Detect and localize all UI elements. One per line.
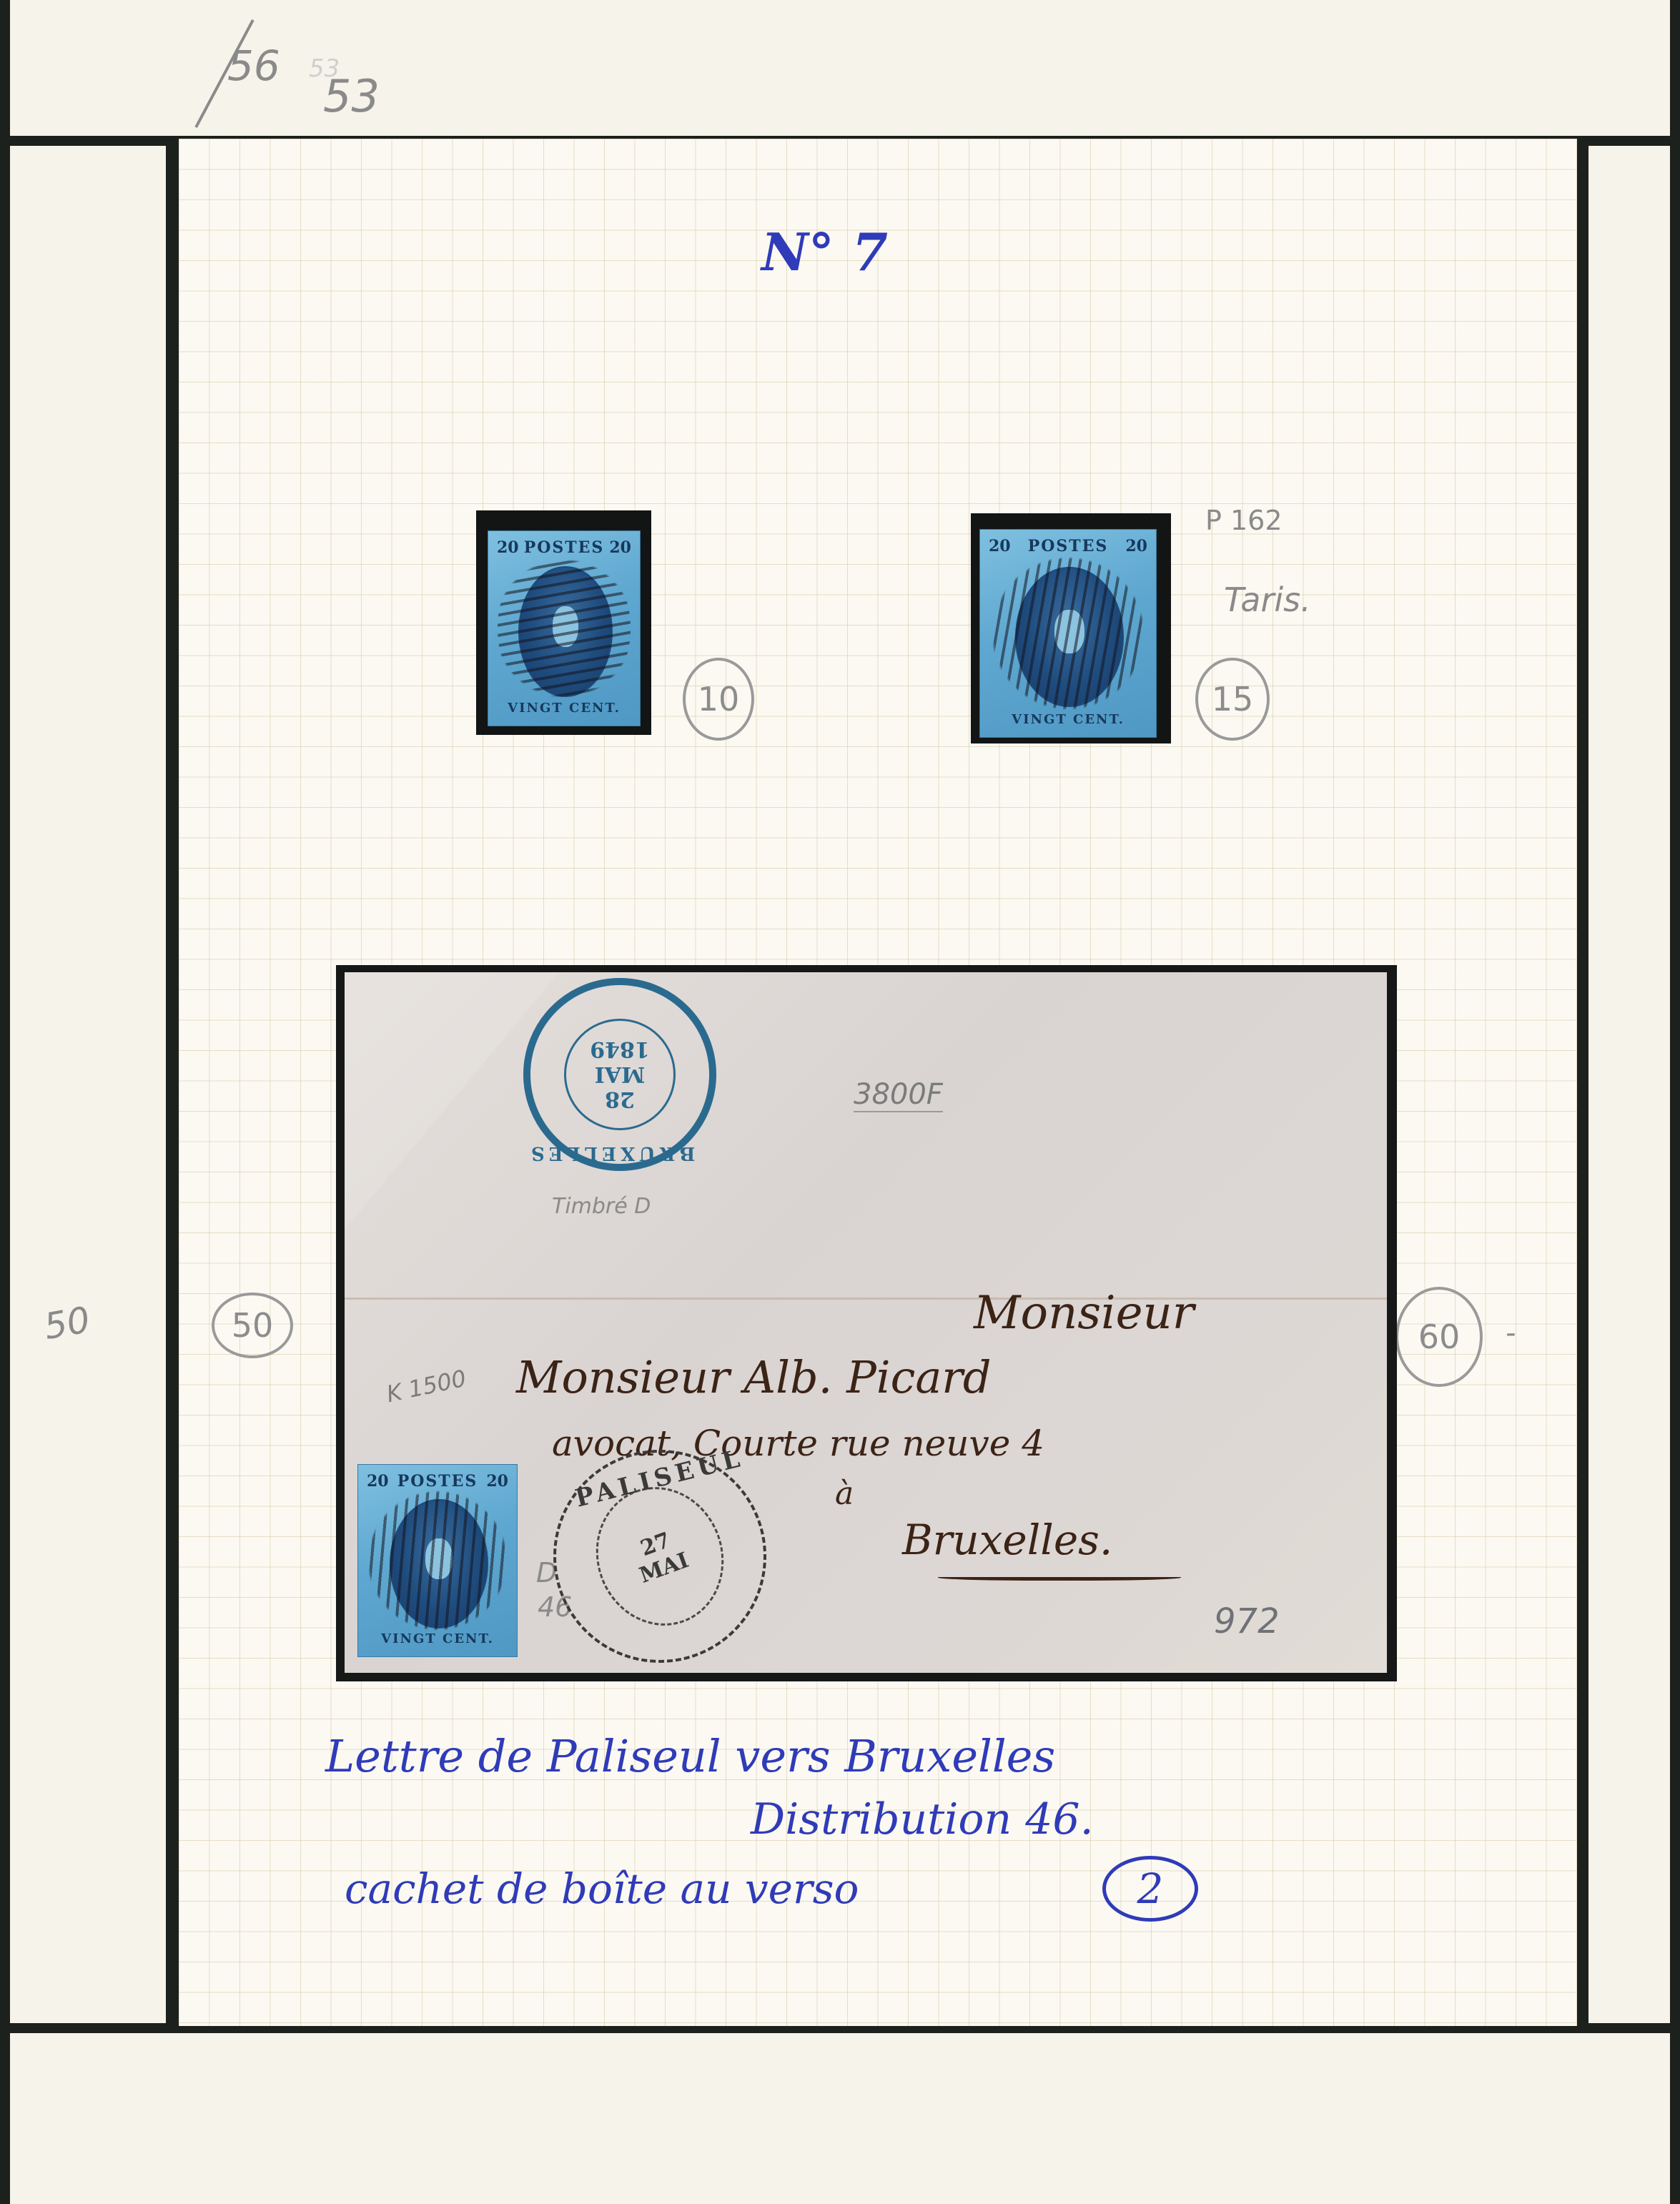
price-circled-cover-right: 60 bbox=[1395, 1287, 1483, 1387]
backstamp-outer-text: BRUXELLES bbox=[527, 1142, 695, 1164]
cover-stamp[interactable]: 2020 POSTES VINGT CENT. bbox=[357, 1464, 518, 1657]
frame-left bbox=[0, 0, 10, 2204]
caption-circled-number: 2 bbox=[1102, 1856, 1198, 1922]
backstamp-day: 28 bbox=[605, 1087, 635, 1112]
address-line-2: Monsieur Alb. Picard bbox=[516, 1351, 992, 1403]
dash-mark: - bbox=[1506, 1317, 1516, 1350]
cover-k-note: K 1500 bbox=[384, 1365, 468, 1408]
margin-note-crossed: 56 bbox=[227, 41, 280, 90]
frame-right bbox=[1670, 0, 1680, 2204]
price-circled-stamp-2: 15 bbox=[1195, 658, 1270, 741]
fold-line bbox=[345, 1298, 1387, 1300]
address-underline bbox=[938, 1573, 1181, 1581]
bar-cancel bbox=[367, 1476, 507, 1645]
backstamp-inner: 28 MAI 1849 bbox=[564, 1019, 676, 1130]
margin-note-left: 50 bbox=[41, 1299, 93, 1348]
address-line-1: Monsieur bbox=[974, 1287, 1194, 1340]
caption-line-3: cachet de boîte au verso bbox=[345, 1864, 859, 1913]
stamp-2[interactable]: 2020 POSTES VINGT CENT. bbox=[979, 529, 1157, 738]
page-title: N° 7 bbox=[761, 222, 888, 282]
cover-timbre-note: Timbré D bbox=[552, 1194, 651, 1219]
address-line-5: Bruxelles. bbox=[902, 1516, 1112, 1564]
caption-line-1: Lettre de Paliseul vers Bruxelles bbox=[325, 1730, 1055, 1782]
cover-catalogue-number: 972 bbox=[1214, 1601, 1280, 1641]
stamp-2-note-plate: P 162 bbox=[1205, 505, 1283, 536]
caption-line-2: Distribution 46. bbox=[751, 1794, 1094, 1844]
bar-cancel bbox=[498, 543, 631, 713]
stamp-2-note-taris: Taris. bbox=[1224, 580, 1311, 619]
backstamp-month: MAI bbox=[595, 1062, 646, 1087]
backstamp-year: 1849 bbox=[590, 1037, 650, 1062]
price-circled-cover-left: 50 bbox=[212, 1293, 293, 1358]
address-line-4: à bbox=[835, 1476, 854, 1512]
postal-cover[interactable]: 28 MAI 1849 BRUXELLES 3800F Timbré D K 1… bbox=[345, 972, 1387, 1673]
stamp-1[interactable]: 2020 POSTES VINGT CENT. bbox=[488, 530, 641, 726]
bar-cancel bbox=[991, 542, 1146, 724]
cover-value-note: 3800F bbox=[854, 1078, 943, 1112]
price-circled-stamp-1: 10 bbox=[683, 658, 754, 741]
margin-note-number: 53 bbox=[323, 70, 380, 122]
